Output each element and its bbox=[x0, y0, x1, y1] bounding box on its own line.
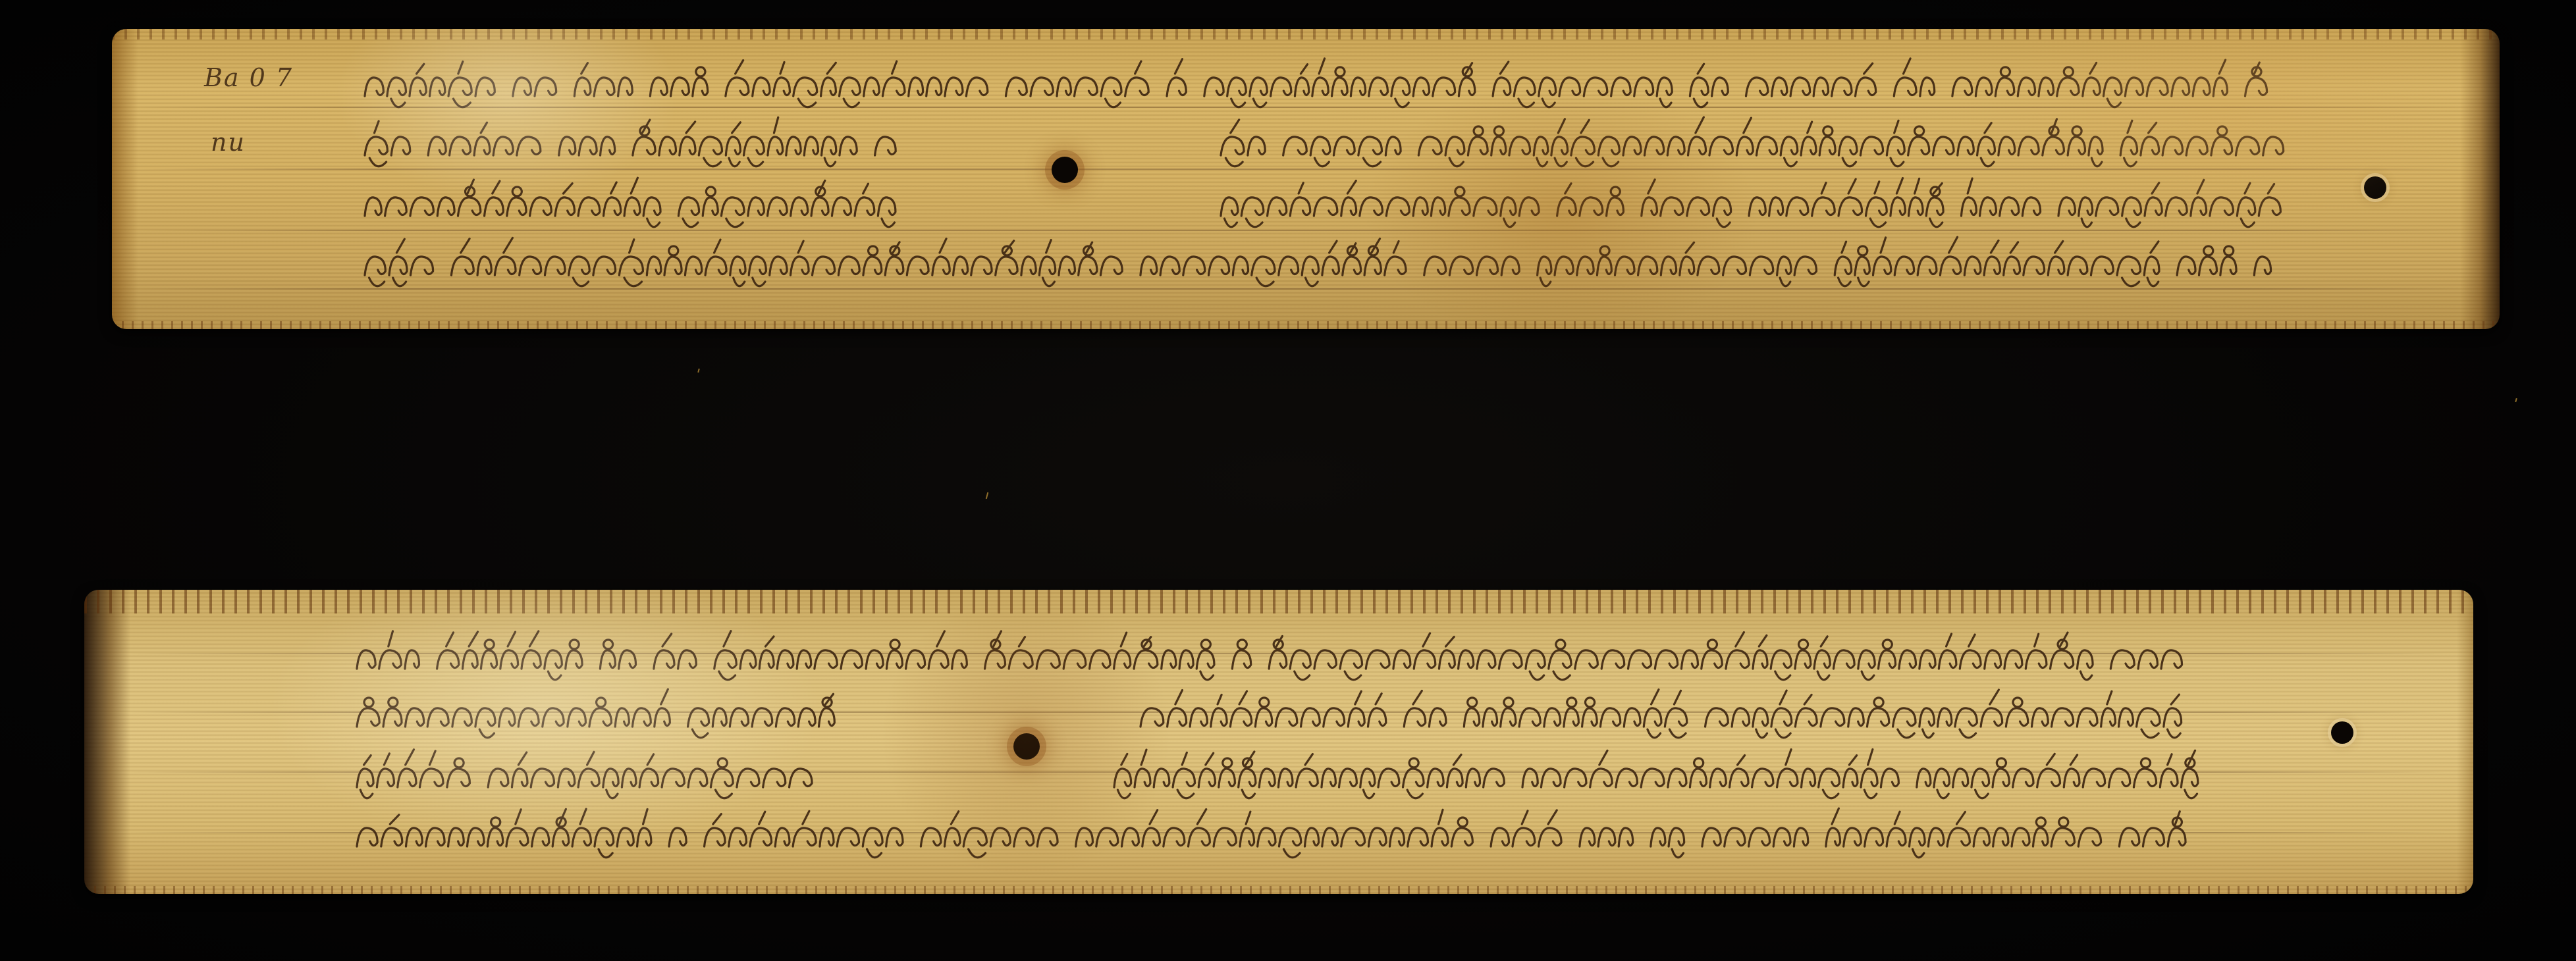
frayed-edge bbox=[112, 29, 2500, 39]
manuscript-text-line bbox=[354, 628, 2205, 687]
manuscript-text-line bbox=[362, 175, 902, 234]
manuscript-text-line bbox=[1138, 686, 2205, 745]
palm-leaf-manuscript-bottom bbox=[84, 590, 2473, 894]
binding-hole-icon bbox=[1013, 733, 1040, 760]
balinese-script-glyphs bbox=[362, 55, 2285, 115]
leaf-number-syllable: nu bbox=[211, 128, 246, 157]
balinese-script-glyphs bbox=[1138, 686, 2205, 745]
manuscript-text-line bbox=[1112, 746, 2205, 806]
balinese-script-glyphs bbox=[362, 115, 915, 174]
leaf-number-numeral: Ba 0 7 bbox=[204, 63, 293, 92]
manuscript-text-line bbox=[362, 234, 2285, 294]
balinese-script-glyphs bbox=[1218, 115, 2285, 174]
binding-hole-icon bbox=[1052, 157, 1078, 183]
balinese-script-glyphs bbox=[362, 234, 2285, 294]
frayed-edge bbox=[112, 321, 2500, 329]
binding-hole-icon bbox=[2364, 176, 2386, 199]
manuscript-text-line bbox=[354, 686, 842, 745]
frayed-edge bbox=[84, 886, 2473, 894]
manuscript-text-line bbox=[354, 746, 815, 806]
frayed-edge bbox=[84, 590, 2473, 613]
balinese-script-glyphs bbox=[1218, 175, 2285, 234]
manuscript-text-line bbox=[362, 115, 915, 174]
binding-hole-icon bbox=[2331, 721, 2353, 744]
balinese-script-glyphs bbox=[354, 746, 815, 806]
manuscript-text-line bbox=[354, 806, 2205, 865]
balinese-script-glyphs bbox=[354, 686, 842, 745]
manuscript-text-line bbox=[362, 55, 2285, 115]
balinese-script-glyphs bbox=[354, 628, 2205, 687]
balinese-script-glyphs bbox=[354, 806, 2205, 865]
balinese-script-glyphs bbox=[1112, 746, 2205, 806]
manuscript-text-line bbox=[1218, 175, 2285, 234]
balinese-script-glyphs bbox=[362, 175, 902, 234]
palm-leaf-manuscript-top: Ba 0 7 nu bbox=[112, 29, 2500, 329]
manuscript-text-line bbox=[1218, 115, 2285, 174]
